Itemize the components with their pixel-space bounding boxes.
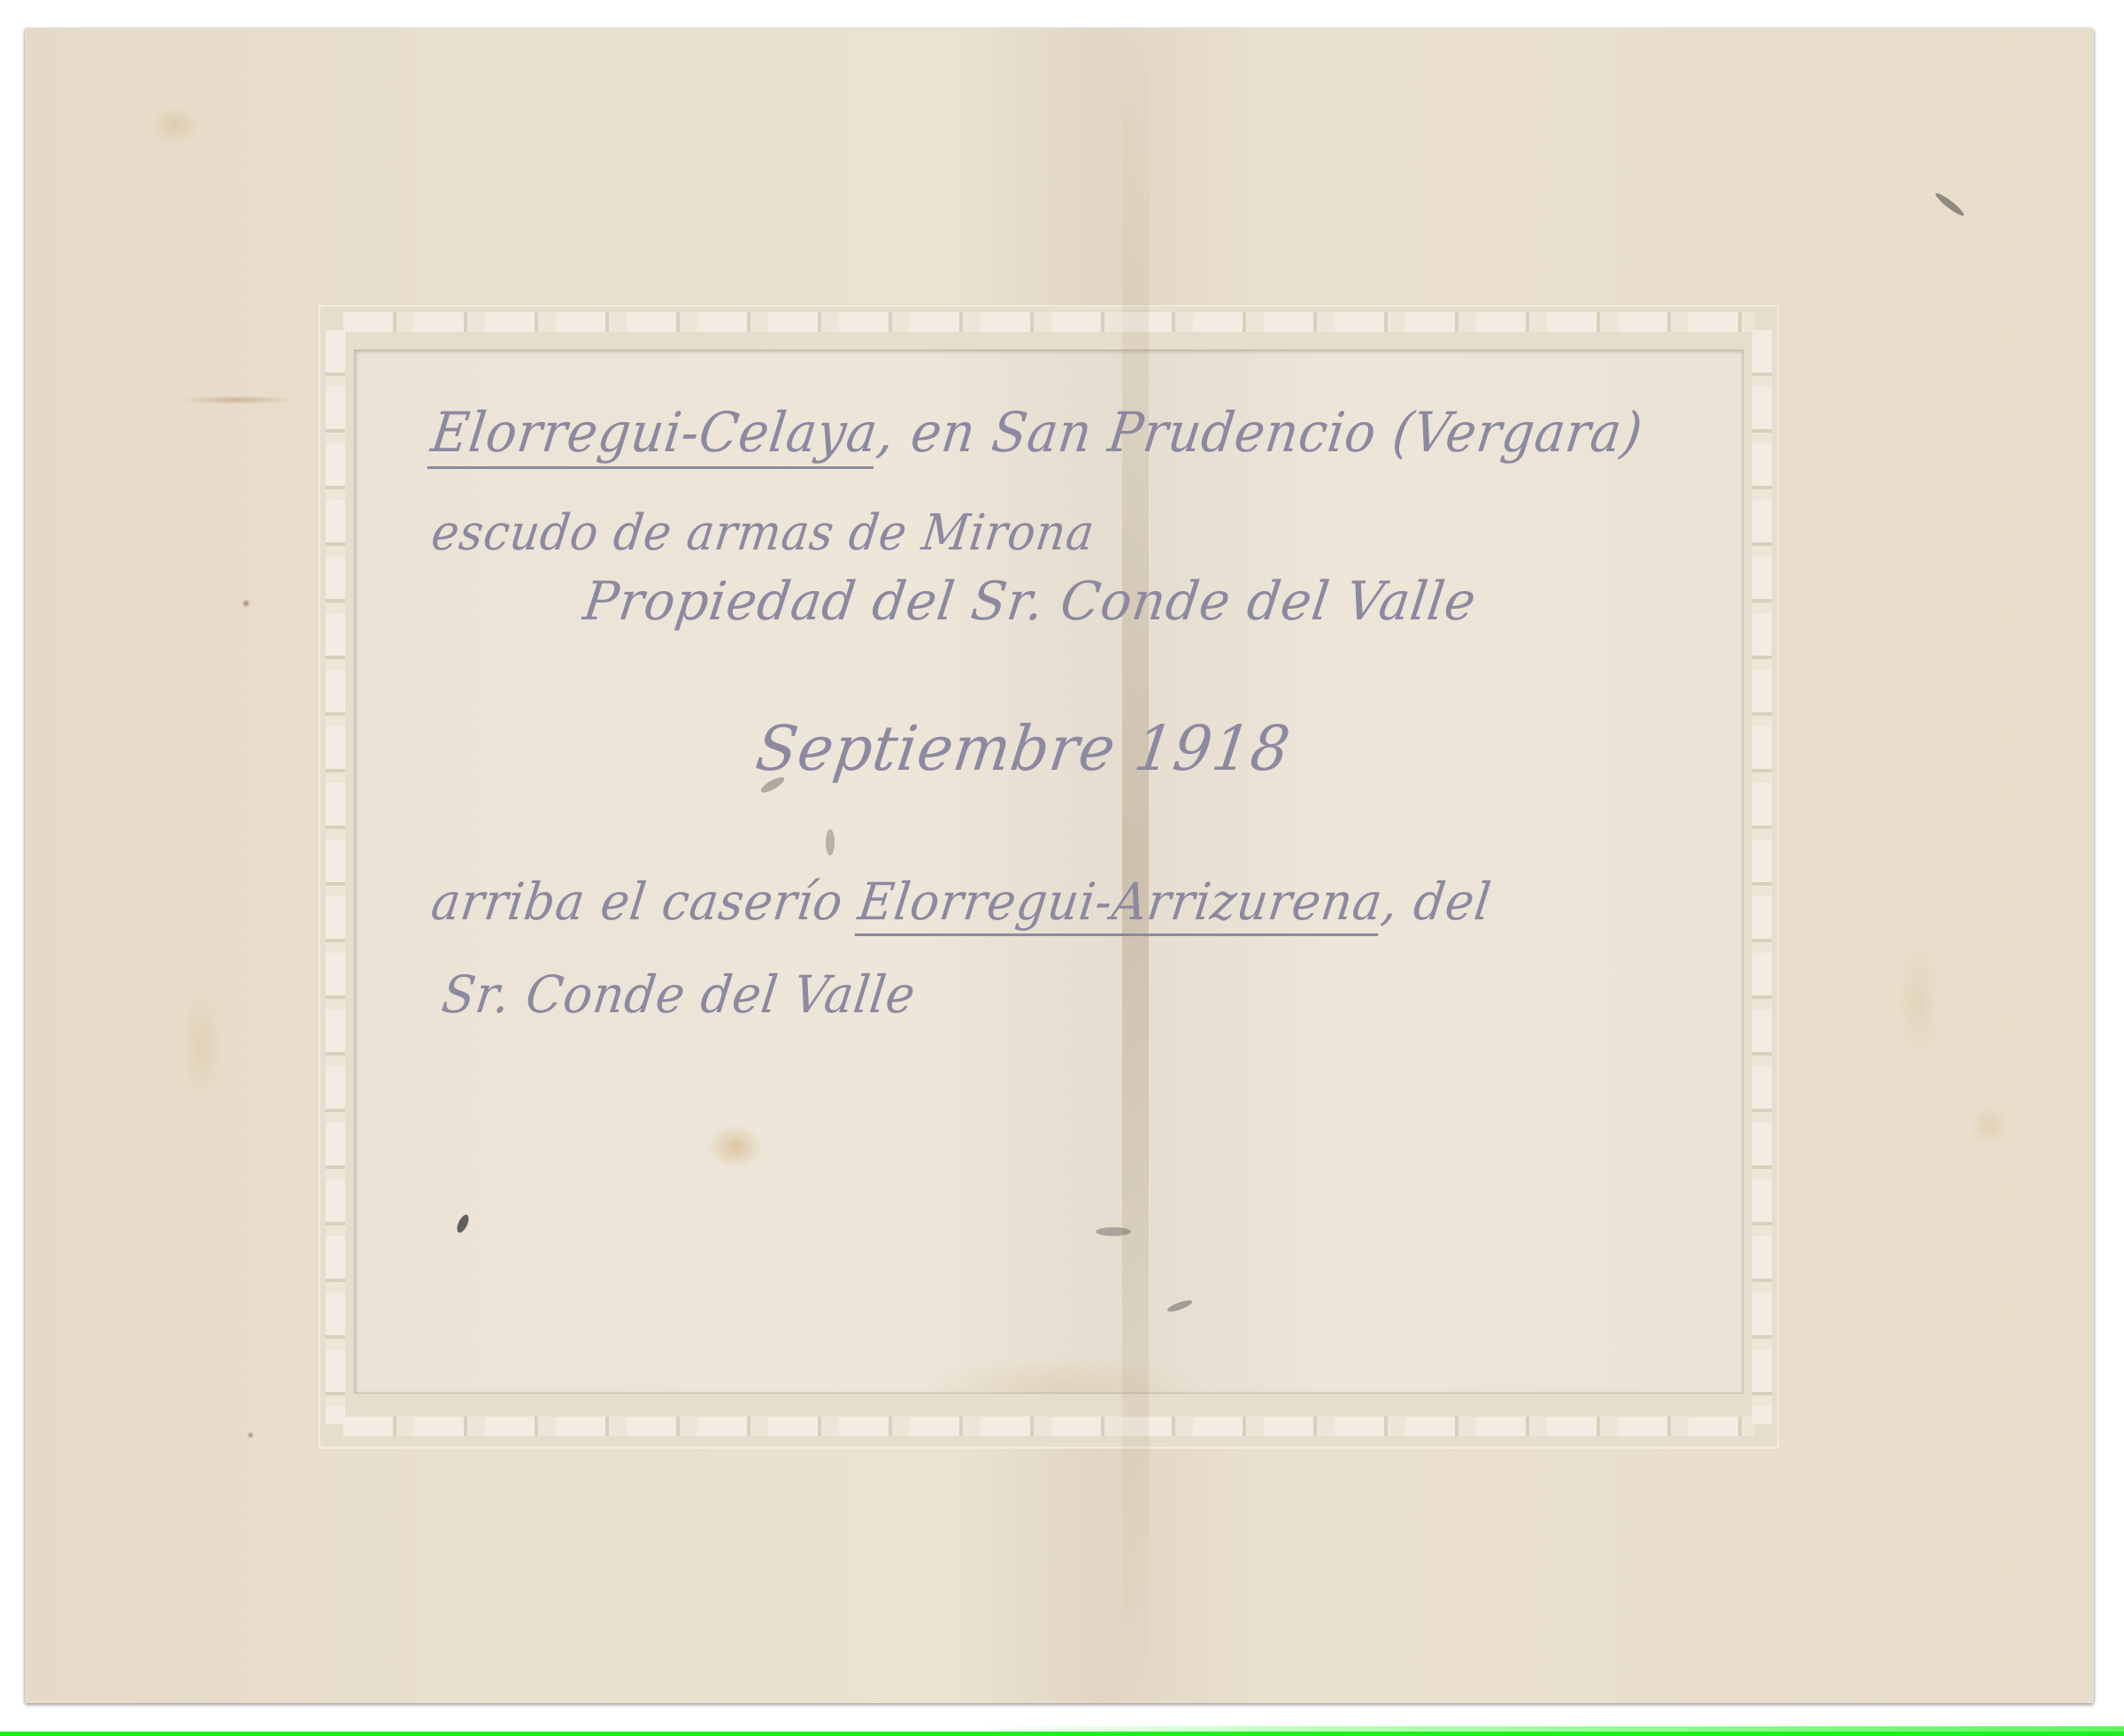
paper-crease <box>1122 28 1149 1703</box>
embossed-border-left <box>326 330 345 1424</box>
caserio-name-underlined: Elorregui-Arrizurena <box>854 872 1386 936</box>
green-edge-strip <box>0 1732 2124 1736</box>
inscription-date: Septiembre 1918 <box>751 712 1295 785</box>
photo-mount-card <box>25 28 2094 1703</box>
embossed-border-bottom <box>343 1417 1754 1436</box>
caserio-suffix: , del <box>1379 872 1496 932</box>
embossed-border-top <box>343 312 1754 332</box>
embossed-border-right <box>1752 330 1772 1424</box>
inscription-line-1: Elorregui-Celaya, en San Prudencio (Verg… <box>427 400 1646 465</box>
location-text: , en San Prudencio (Vergara) <box>873 400 1646 465</box>
inscription-line-2: escudo de armas de Mirona <box>428 504 1098 562</box>
inscription-line-3: Propiedad del Sr. Conde del Valle <box>580 571 1480 633</box>
pencil-smudge <box>826 829 835 856</box>
place-name-underlined: Elorregui-Celaya <box>427 400 882 469</box>
pencil-smudge <box>1934 191 1966 219</box>
pencil-smudge <box>1096 1227 1131 1236</box>
inscription-line-5: arriba el caserío Elorregui-Arrizurena, … <box>428 872 1496 932</box>
caserio-prefix: arriba el caserío <box>428 872 863 932</box>
inscription-line-6: Sr. Conde del Valle <box>439 964 920 1025</box>
